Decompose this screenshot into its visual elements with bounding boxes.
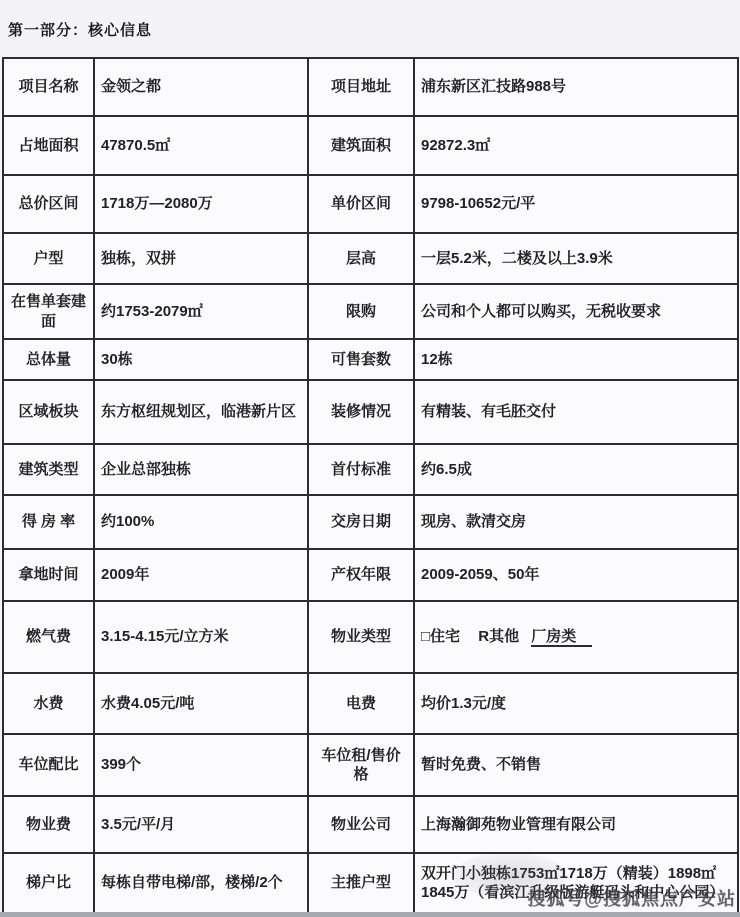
property-type-option-residential: □住宅 xyxy=(421,628,460,645)
building-area-label: 建筑面积 xyxy=(308,116,414,175)
down-payment-value: 约6.5成 xyxy=(414,444,738,495)
property-company-value: 上海瀚御苑物业管理有限公司 xyxy=(414,796,738,853)
table-row: 拿地时间 2009年 产权年限 2009-2059、50年 xyxy=(3,549,738,601)
usable-area-ratio-value: 约100% xyxy=(94,495,308,549)
building-area-value: 92872.3㎡ xyxy=(414,116,738,175)
floor-height-label: 层高 xyxy=(308,233,414,284)
unit-price-range-label: 单价区间 xyxy=(308,175,414,233)
table-row: 占地面积 47870.5㎡ 建筑面积 92872.3㎡ xyxy=(3,116,738,175)
purchase-restriction-value: 公司和个人都可以购买，无税收要求 xyxy=(414,284,738,339)
parking-price-value: 暂时免费、不销售 xyxy=(414,734,738,796)
unit-price-range-value: 9798-10652元/平 xyxy=(414,175,738,233)
project-address-label: 项目地址 xyxy=(308,58,414,116)
unit-area-on-sale-label: 在售单套建面 xyxy=(3,284,94,339)
table-row: 项目名称 金领之都 项目地址 浦东新区汇技路988号 xyxy=(3,58,738,116)
property-type-label: 物业类型 xyxy=(308,601,414,673)
property-right-years-value: 2009-2059、50年 xyxy=(414,549,738,601)
project-address-value: 浦东新区汇技路988号 xyxy=(414,58,738,116)
delivery-date-value: 现房、款清交房 xyxy=(414,495,738,549)
gas-fee-label: 燃气费 xyxy=(3,601,94,673)
decoration-status-label: 装修情况 xyxy=(308,380,414,444)
sellable-units-label: 可售套数 xyxy=(308,339,414,380)
project-name-value: 金领之都 xyxy=(94,58,308,116)
down-payment-label: 首付标准 xyxy=(308,444,414,495)
land-area-label: 占地面积 xyxy=(3,116,94,175)
house-type-value: 独栋，双拼 xyxy=(94,233,308,284)
property-fee-label: 物业费 xyxy=(3,796,94,853)
elevator-ratio-label: 梯户比 xyxy=(3,853,94,913)
table-row: 区域板块 东方枢纽规划区，临港新片区 装修情况 有精装、有毛胚交付 xyxy=(3,380,738,444)
total-price-range-value: 1718万—2080万 xyxy=(94,175,308,233)
delivery-date-label: 交房日期 xyxy=(308,495,414,549)
page-title: 第一部分：核心信息 xyxy=(8,19,152,40)
total-price-range-label: 总价区间 xyxy=(3,175,94,233)
table-row: 车位配比 399个 车位租/售价格 暂时免费、不销售 xyxy=(3,734,738,796)
total-buildings-value: 30栋 xyxy=(94,339,308,380)
property-type-fill-in: 厂房类 xyxy=(531,628,592,647)
table-row: 总体量 30栋 可售套数 12栋 xyxy=(3,339,738,380)
table-row: 建筑类型 企业总部独栋 首付标准 约6.5成 xyxy=(3,444,738,495)
elevator-ratio-value: 每栋自带电梯/部，楼梯/2个 xyxy=(94,853,308,913)
regional-plate-label: 区域板块 xyxy=(3,380,94,444)
table-row: 在售单套建面 约1753-2079㎡ 限购 公司和个人都可以购买，无税收要求 xyxy=(3,284,738,339)
sellable-units-value: 12栋 xyxy=(414,339,738,380)
purchase-restriction-label: 限购 xyxy=(308,284,414,339)
floor-height-value: 一层5.2米，二楼及以上3.9米 xyxy=(414,233,738,284)
property-type-option-other-checked: R其他 xyxy=(478,628,519,645)
table-row: 燃气费 3.15-4.15元/立方米 物业类型 □住宅 R其他 厂房类 xyxy=(3,601,738,673)
core-info-table: 项目名称 金领之都 项目地址 浦东新区汇技路988号 占地面积 47870.5㎡… xyxy=(2,57,739,915)
gas-fee-value: 3.15-4.15元/立方米 xyxy=(94,601,308,673)
parking-ratio-value: 399个 xyxy=(94,734,308,796)
table-row: 物业费 3.5元/平/月 物业公司 上海瀚御苑物业管理有限公司 xyxy=(3,796,738,853)
regional-plate-value: 东方枢纽规划区，临港新片区 xyxy=(94,380,308,444)
unit-area-on-sale-value: 约1753-2079㎡ xyxy=(94,284,308,339)
property-company-label: 物业公司 xyxy=(308,796,414,853)
building-type-label: 建筑类型 xyxy=(3,444,94,495)
decoration-status-value: 有精装、有毛胚交付 xyxy=(414,380,738,444)
property-type-value: □住宅 R其他 厂房类 xyxy=(414,601,738,673)
project-name-label: 项目名称 xyxy=(3,58,94,116)
electricity-fee-label: 电费 xyxy=(308,673,414,734)
land-area-value: 47870.5㎡ xyxy=(94,116,308,175)
water-fee-value: 水费4.05元/吨 xyxy=(94,673,308,734)
bottom-edge-strip xyxy=(0,912,740,917)
table-row: 户型 独栋，双拼 层高 一层5.2米，二楼及以上3.9米 xyxy=(3,233,738,284)
land-acquisition-time-label: 拿地时间 xyxy=(3,549,94,601)
property-right-years-label: 产权年限 xyxy=(308,549,414,601)
total-buildings-label: 总体量 xyxy=(3,339,94,380)
water-fee-label: 水费 xyxy=(3,673,94,734)
property-fee-value: 3.5元/平/月 xyxy=(94,796,308,853)
table-row: 得 房 率 约100% 交房日期 现房、款清交房 xyxy=(3,495,738,549)
sohu-watermark: 搜狐号@搜狐焦点广安站 xyxy=(527,885,736,911)
building-type-value: 企业总部独栋 xyxy=(94,444,308,495)
main-unit-type-label: 主推户型 xyxy=(308,853,414,913)
parking-price-label: 车位租/售价格 xyxy=(308,734,414,796)
usable-area-ratio-label: 得 房 率 xyxy=(3,495,94,549)
table-row: 总价区间 1718万—2080万 单价区间 9798-10652元/平 xyxy=(3,175,738,233)
table-row: 水费 水费4.05元/吨 电费 均价1.3元/度 xyxy=(3,673,738,734)
land-acquisition-time-value: 2009年 xyxy=(94,549,308,601)
house-type-label: 户型 xyxy=(3,233,94,284)
electricity-fee-value: 均价1.3元/度 xyxy=(414,673,738,734)
parking-ratio-label: 车位配比 xyxy=(3,734,94,796)
